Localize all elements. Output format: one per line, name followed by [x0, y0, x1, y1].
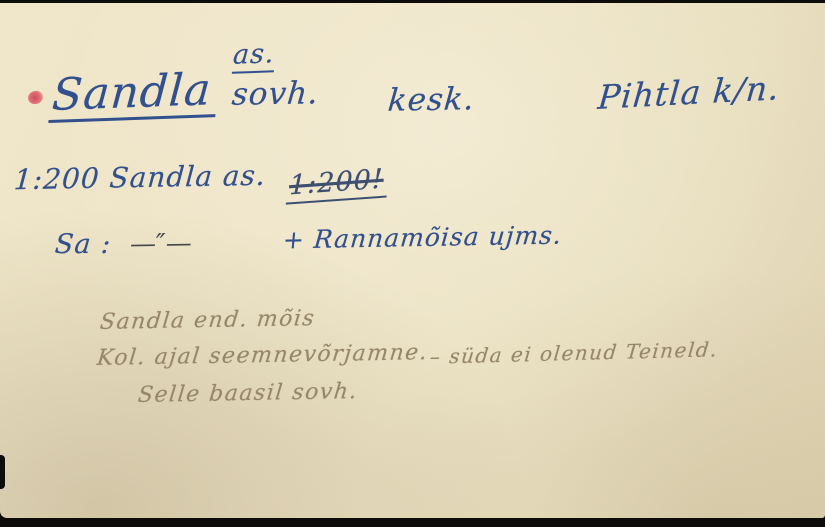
ditto-mark: —″— [130, 228, 192, 259]
red-dot-icon [27, 90, 44, 106]
parish-name: Pihtla k/n. [596, 68, 781, 117]
descriptor-sovh: sovh. [230, 75, 320, 113]
pencil-note-line3: Selle baasil sovh. [137, 379, 360, 408]
scale-line-text: 1:200 Sandla as. [13, 159, 267, 196]
addition-note-rannamoisa: + Rannamõisa ujms. [282, 221, 564, 255]
scan-edge-notch [0, 455, 5, 489]
descriptor-kesk: kesk. [386, 81, 476, 119]
insertion-above-as: as. [232, 38, 276, 74]
pencil-note-line1: Sandla end. mõis [99, 306, 317, 335]
pencil-note-line2a: Kol. ajal seemnevõrjamne. [96, 340, 430, 371]
pencil-note-line2b: – süda ei olenud Teineld. [429, 337, 719, 369]
region-label-sa: Sa : [54, 229, 113, 260]
struck-out-scale: 1:200! [286, 163, 387, 204]
index-card: as. Sandla sovh. kesk. Pihtla k/n. 1:200… [0, 3, 825, 518]
place-name-title: Sandla [48, 68, 219, 123]
scanned-index-card-page: { "card": { "colors": { "paper": "#ebe1c… [0, 0, 825, 527]
